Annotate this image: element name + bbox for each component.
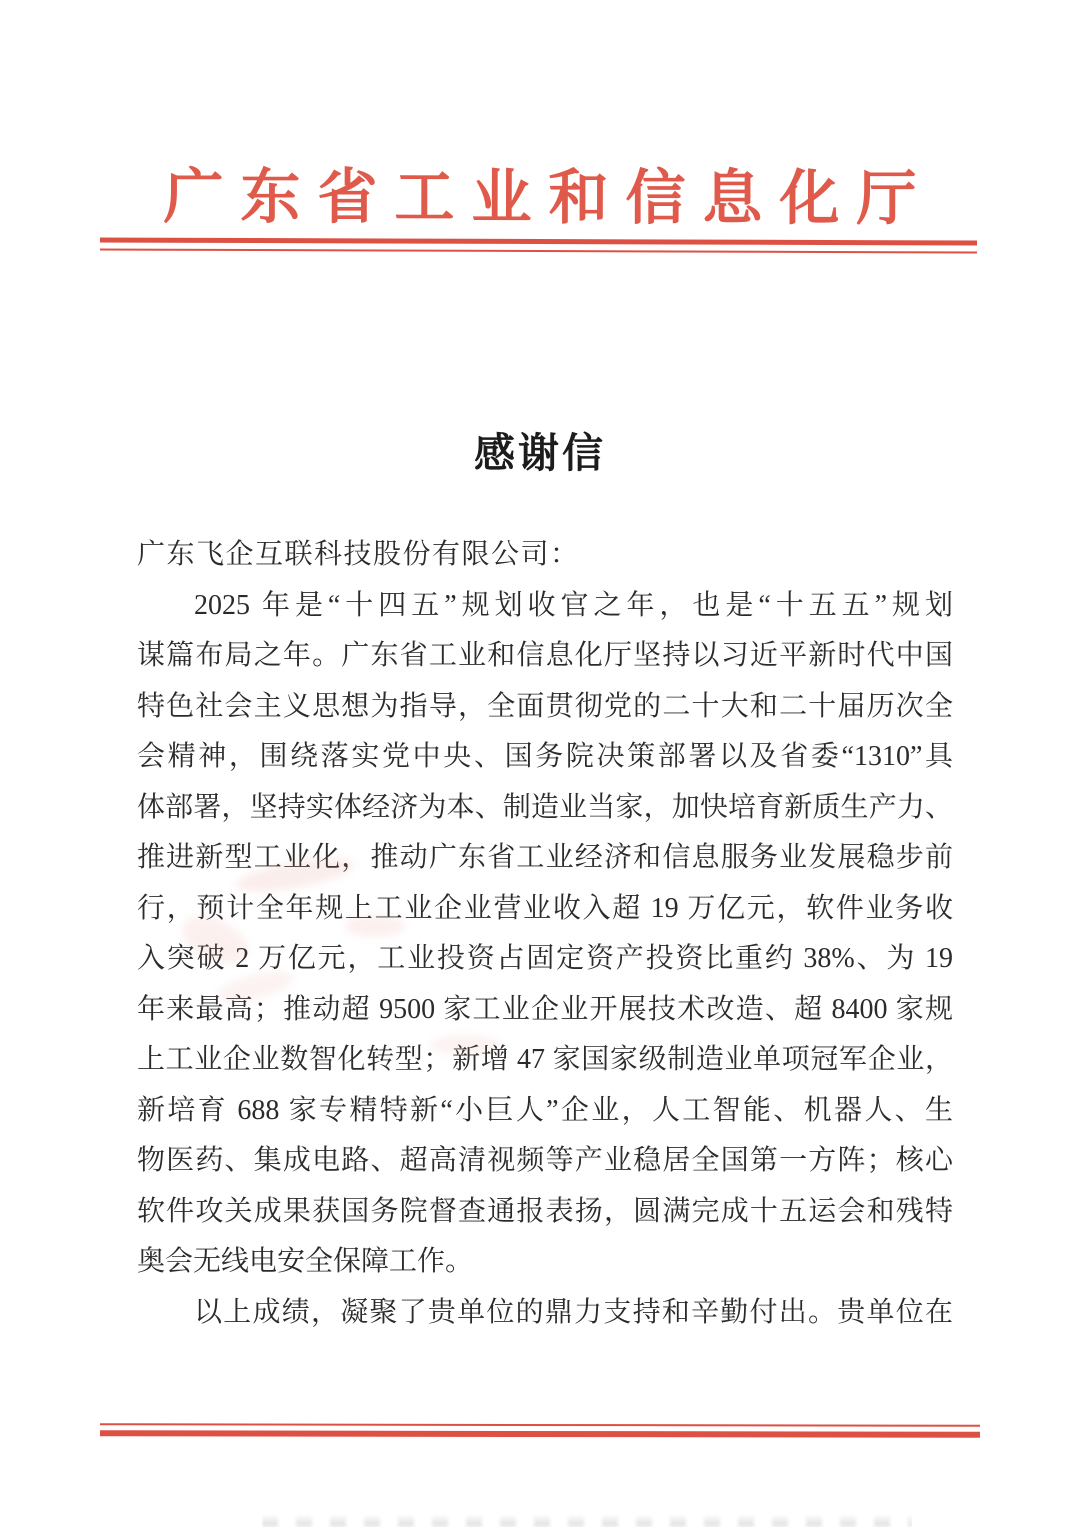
scan-artifact [345, 915, 405, 937]
body-line: 2025 年是“十四五”规划收官之年，也是“十五五”规划 [137, 581, 953, 632]
footer-rule-thick [100, 1430, 980, 1438]
body-line: 特色社会主义思想为指导，全面贯彻党的二十大和二十届历次全 [137, 682, 953, 733]
letter-body: 广东飞企互联科技股份有限公司： 2025 年是“十四五”规划收官之年，也是“十五… [137, 530, 953, 1338]
body-line: 奥会无线电安全保障工作。 [137, 1237, 953, 1288]
letter-salutation: 广东飞企互联科技股份有限公司： [137, 530, 953, 581]
footer-rule-thin [100, 1423, 980, 1427]
body-line: 上工业企业数智化转型；新增 47 家国家级制造业单项冠军企业， [137, 1035, 953, 1086]
document-title: 感谢信 [0, 420, 1080, 479]
scan-artifact [430, 1035, 500, 1055]
letterhead-rule-thick [100, 237, 977, 245]
body-line: 会精神，围绕落实党中央、国务院决策部署以及省委“1310”具 [137, 732, 953, 783]
letterhead-org-name: 广东省工业和信息化厅 [0, 149, 1080, 238]
page-bottom-cutoff-text-fragment [262, 1514, 912, 1527]
body-line: 新培育 688 家专精特新“小巨人”企业，人工智能、机器人、生 [137, 1086, 953, 1137]
body-line: 软件攻关成果获国务院督查通报表扬，圆满完成十五运会和残特 [137, 1187, 953, 1238]
scanned-letter-page: 广东省工业和信息化厅 感谢信 广东飞企互联科技股份有限公司： 2025 年是“十… [0, 0, 1080, 1527]
body-line: 以上成绩，凝聚了贵单位的鼎力支持和辛勤付出。贵单位在 [137, 1288, 953, 1339]
footer-double-rule [100, 1423, 980, 1438]
letterhead-double-rule [100, 237, 977, 253]
body-line: 谋篇布局之年。广东省工业和信息化厅坚持以习近平新时代中国 [137, 631, 953, 682]
body-line: 体部署，坚持实体经济为本、制造业当家，加快培育新质生产力、 [137, 783, 953, 834]
body-line: 物医药、集成电路、超高清视频等产业稳居全国第一方阵；核心 [137, 1136, 953, 1187]
letterhead-rule-thin [100, 248, 977, 253]
